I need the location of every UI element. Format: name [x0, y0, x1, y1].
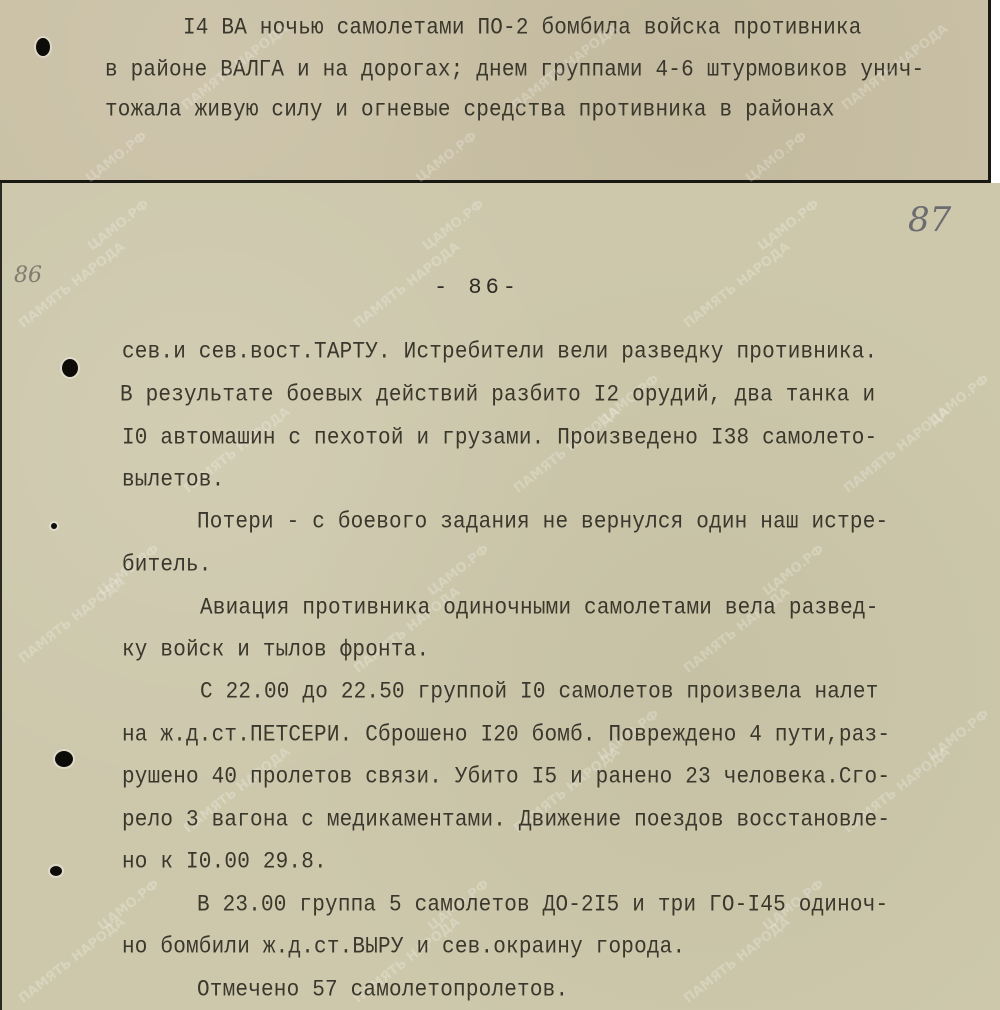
top-document-sheet: I4 ВА ночью самолетами ПО-2 бомбила войс…: [0, 0, 991, 183]
watermark-archive: ЦАМО.РФ: [755, 197, 822, 254]
text-line: но бомбили ж.д.ст.ВЫРУ и сев.окраину гор…: [122, 935, 685, 960]
watermark-archive: ЦАМО.РФ: [85, 197, 152, 254]
text-line: ку войск и тылов фронта.: [122, 638, 429, 663]
watermark-archive: ЦАМО.РФ: [425, 542, 492, 599]
text-line: вылетов.: [122, 468, 224, 493]
watermark-project: ПАМЯТЬ НАРОДА: [681, 914, 793, 1006]
text-line: I0 автомашин с пехотой и грузами. Произв…: [122, 426, 877, 451]
text-line: Потери - с боевого задания не вернулся о…: [197, 510, 888, 535]
punch-hole: [36, 38, 50, 56]
watermark-archive: ЦАМО.РФ: [83, 129, 150, 186]
text-line: В результате боевых действий разбито I2 …: [120, 383, 875, 408]
page-number: - 86-: [434, 275, 520, 300]
text-line: В 23.00 группа 5 самолетов ДО-2I5 и три …: [197, 893, 888, 918]
text-line: Отмечено 57 самолетопролетов.: [197, 978, 568, 1003]
punch-hole: [51, 523, 57, 529]
punch-hole: [50, 866, 62, 876]
punch-hole: [62, 359, 78, 377]
handwritten-margin-number: 86: [14, 263, 42, 288]
watermark-archive: ЦАМО.РФ: [420, 197, 487, 254]
text-line: рушено 40 пролетов связи. Убито I5 и ран…: [122, 765, 890, 790]
text-line: Авиация противника одиночными самолетами…: [200, 596, 879, 621]
watermark-archive: ЦАМО.РФ: [925, 707, 992, 764]
watermark-project: ПАМЯТЬ НАРОДА: [16, 914, 128, 1006]
watermark-archive: ЦАМО.РФ: [95, 877, 162, 934]
text-line: тожала живую силу и огневые средства про…: [105, 98, 835, 123]
text-line: С 22.00 до 22.50 группой I0 самолетов пр…: [200, 680, 879, 705]
watermark-archive: ЦАМО.РФ: [413, 129, 480, 186]
text-line: сев.и сев.вост.ТАРТУ. Истребители вели р…: [122, 340, 877, 365]
watermark-archive: ЦАМО.РФ: [925, 372, 992, 429]
text-line: I4 ВА ночью самолетами ПО-2 бомбила войс…: [183, 16, 862, 41]
text-line: на ж.д.ст.ПЕТСЕРИ. Сброшено I20 бомб. По…: [122, 723, 890, 748]
handwritten-folio-number: 87: [908, 200, 951, 240]
text-line: но к I0.00 29.8.: [122, 850, 327, 875]
text-line: рело 3 вагона с медикаментами. Движение …: [122, 808, 890, 833]
text-line: в районе ВАЛГА и на дорогах; днем группа…: [105, 58, 924, 83]
watermark-project: ПАМЯТЬ НАРОДА: [681, 239, 793, 331]
watermark-archive: ЦАМО.РФ: [743, 129, 810, 186]
punch-hole: [55, 751, 73, 767]
main-document-sheet: 87 86 ЦАМО.РФ ЦАМО.РФ ЦАМО.РФ ПАМЯТЬ НАР…: [0, 183, 1000, 1010]
watermark-archive: ЦАМО.РФ: [760, 542, 827, 599]
watermark-project: ПАМЯТЬ НАРОДА: [16, 574, 128, 666]
text-line: битель.: [122, 553, 212, 578]
